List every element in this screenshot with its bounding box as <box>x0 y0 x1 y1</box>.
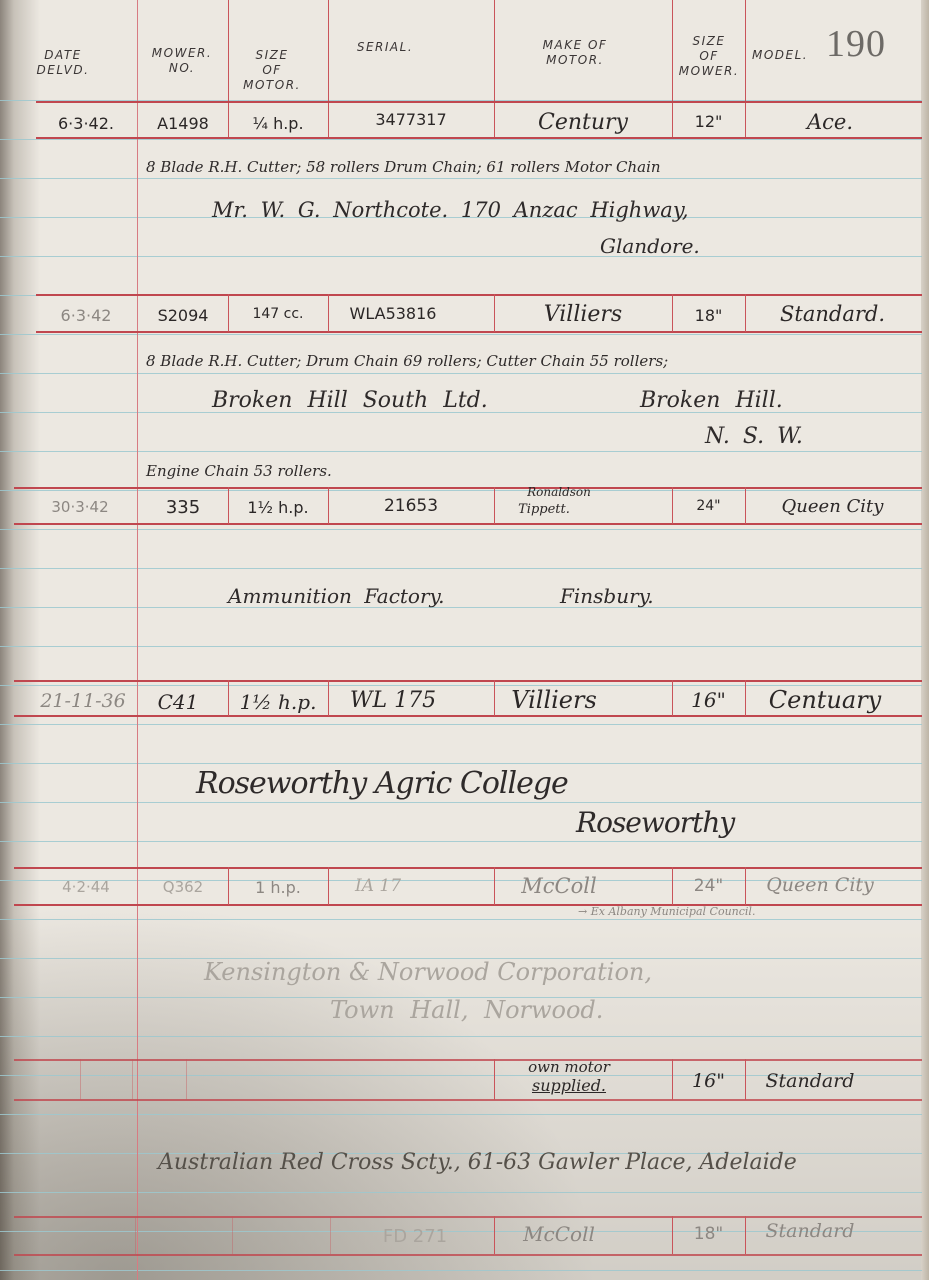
cell-make-motor: Century <box>494 110 672 135</box>
cell-make-motor: Villiers <box>494 302 672 327</box>
header-label: NO. <box>142 61 222 76</box>
annotation-text: Ex Albany Municipal Council. <box>591 905 756 918</box>
cell-model: Ace. <box>745 110 915 134</box>
header-model: MODEL. <box>752 48 832 63</box>
cell-size-motor: 147 cc. <box>228 306 328 322</box>
cell-make-motor-line1: own motor <box>494 1058 644 1076</box>
cell-model: Queen City <box>745 874 895 896</box>
header-label: MOWER. <box>142 46 222 61</box>
entry-customer: Roseworthy Agric College <box>196 766 568 801</box>
margin-rule <box>137 0 138 1280</box>
entry-customer: Ammunition Factory. <box>228 584 445 608</box>
header-label: OF <box>672 49 746 64</box>
header-label: SIZE <box>672 34 746 49</box>
entry-note: 8 Blade R.H. Cutter; 58 rollers Drum Cha… <box>146 158 661 176</box>
cell-size-mower: 12" <box>672 112 745 131</box>
cell-mower-no: S2094 <box>138 306 228 325</box>
cell-date: 6·3·42. <box>36 114 136 133</box>
entry-address: Roseworthy <box>576 806 734 839</box>
entry-annotation: → Ex Albany Municipal Council. <box>578 905 755 918</box>
cell-size-motor: 1 h.p. <box>228 878 328 897</box>
cell-size-mower: 18" <box>672 306 745 325</box>
cell-make-motor-line2: supplied. <box>494 1076 644 1095</box>
entry-address: Town Hall, Norwood. <box>330 996 603 1024</box>
cell-serial: FD 271 <box>340 1226 490 1247</box>
entry-customer: Broken Hill South Ltd. <box>212 388 488 413</box>
header-label: MAKE OF <box>500 38 650 53</box>
entry-note: 8 Blade R.H. Cutter; Drum Chain 69 rolle… <box>146 352 668 370</box>
header-serial: SERIAL. <box>340 40 430 55</box>
arrow-icon: → <box>578 905 587 918</box>
cell-make-motor: McColl <box>494 874 624 898</box>
header-label: DELVD. <box>28 63 98 78</box>
cell-size-mower: 18" <box>672 1224 745 1244</box>
header-label: MOTOR. <box>500 53 650 68</box>
entry-address: Finsbury. <box>560 584 654 608</box>
cell-size-motor: 1½ h.p. <box>228 690 328 714</box>
cell-size-mower: 24" <box>672 876 745 896</box>
cell-date: 4·2·44 <box>36 878 136 896</box>
cell-serial: WL 175 <box>328 688 458 713</box>
cell-size-mower: 16" <box>672 1070 745 1092</box>
cell-model: Centuary <box>745 686 905 714</box>
entry-address: N. S. W. <box>705 424 803 449</box>
cell-make-motor: Villiers <box>494 686 614 714</box>
cell-mower-no: 335 <box>138 497 228 518</box>
header-label: MOTOR. <box>232 78 312 93</box>
entry-address: Glandore. <box>600 234 700 258</box>
cell-size-mower: 24" <box>672 498 745 514</box>
ledger-page: DATE DELVD. MOWER. NO. SIZE OF MOTOR. SE… <box>0 0 929 1280</box>
cell-serial: 21653 <box>328 496 494 516</box>
header-label: MODEL. <box>752 48 832 63</box>
cell-serial: IA 17 <box>328 876 428 896</box>
cell-date: 6·3·42 <box>36 306 136 325</box>
cell-size-mower: 16" <box>672 688 745 712</box>
cell-serial: 3477317 <box>328 110 494 129</box>
header-label: DATE <box>28 48 98 63</box>
cell-date: 21-11-36 <box>28 690 138 712</box>
header-label: OF <box>232 63 312 78</box>
cell-model: Standard. <box>745 302 920 326</box>
cell-size-motor: 1½ h.p. <box>228 498 328 517</box>
cell-model: Queen City <box>745 496 920 517</box>
header-label: MOWER. <box>672 64 746 79</box>
page-edge <box>921 0 929 1280</box>
entry-note: Engine Chain 53 rollers. <box>146 462 332 480</box>
cell-date: 30·3·42 <box>30 498 130 516</box>
header-label: SERIAL. <box>340 40 430 55</box>
cell-mower-no: C41 <box>138 690 218 714</box>
cell-mower-no: A1498 <box>138 114 228 133</box>
header-label: SIZE <box>232 48 312 63</box>
cell-serial: WLA53816 <box>328 304 458 323</box>
cell-make-motor-line2: Tippett. <box>494 502 594 517</box>
entry-customer: Mr. W. G. Northcote. 170 Anzac Highway, <box>212 198 689 222</box>
entry-customer: Kensington & Norwood Corporation, <box>204 958 652 986</box>
page-number: 190 <box>826 22 886 66</box>
cell-make-motor: McColl <box>494 1222 624 1246</box>
cell-size-motor: ¼ h.p. <box>228 114 328 133</box>
header-size-mower: SIZE OF MOWER. <box>672 34 746 79</box>
header-mower-no: MOWER. NO. <box>142 46 222 76</box>
cell-mower-no: Q362 <box>138 878 228 896</box>
header-make-motor: MAKE OF MOTOR. <box>500 38 650 68</box>
cell-model: Standard <box>745 1070 875 1092</box>
header-date: DATE DELVD. <box>28 48 98 78</box>
cell-make-motor-line1: Ronaldson <box>494 485 624 499</box>
entry-address: Broken Hill. <box>640 388 783 413</box>
header-size-motor: SIZE OF MOTOR. <box>232 48 312 93</box>
entry-customer: Australian Red Cross Scty., 61-63 Gawler… <box>158 1150 797 1175</box>
cell-model: Standard <box>745 1220 875 1242</box>
